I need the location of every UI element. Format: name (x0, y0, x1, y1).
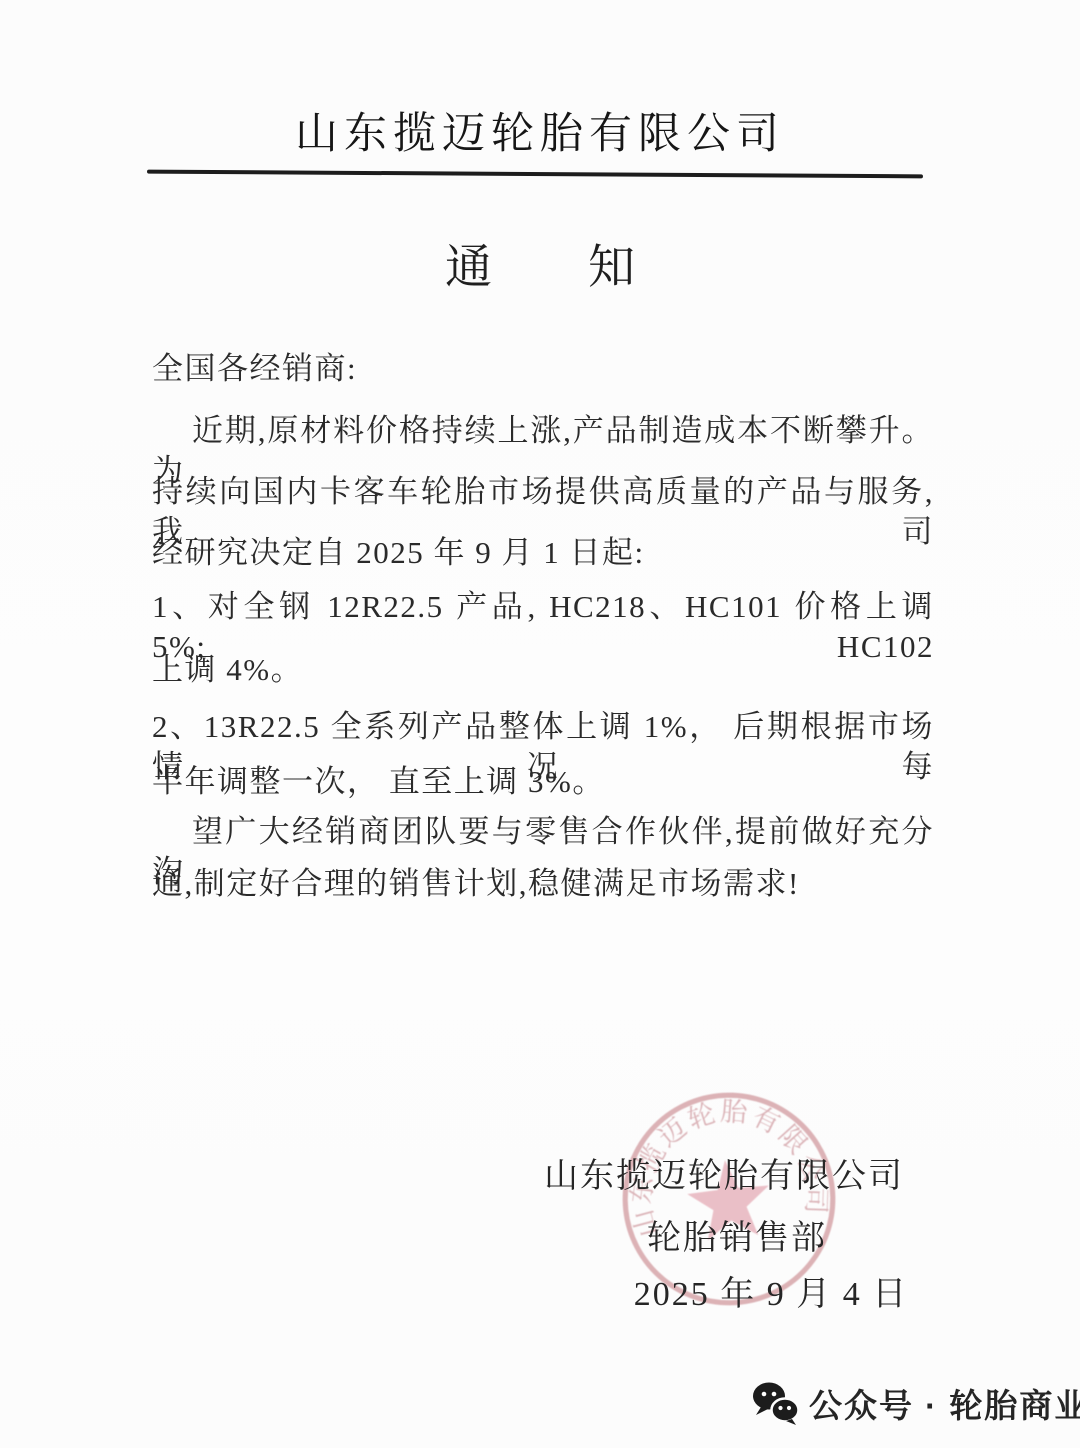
scanned-notice-page: 山东揽迈轮胎有限公司 通 知 全国各经销商: 近期,原材料价格持续上涨,产品制造… (0, 0, 1080, 1448)
signature-department: 轮胎销售部 (647, 1210, 827, 1259)
title-underline (147, 170, 923, 179)
footer-watermark: 公众号 · 轮胎商业 (752, 1380, 1080, 1427)
footer-label: 公众号 · 轮胎商业 (809, 1380, 1080, 1427)
list-item-1-line: 上调 4%。 (152, 650, 934, 690)
body-line: 经研究决定自 2025 年 9 月 1 日起: (152, 533, 934, 573)
list-item-2-line: 半年调整一次， 直至上调 3%。 (152, 762, 934, 802)
notice-heading-char: 知 (588, 230, 635, 297)
notice-heading-char: 通 (445, 230, 492, 297)
notice-heading: 通 知 (0, 230, 1080, 297)
salutation: 全国各经销商: (152, 349, 934, 389)
company-title: 山东揽迈轮胎有限公司 (0, 100, 1080, 161)
signature-date: 2025 年 9 月 4 日 (634, 1266, 909, 1315)
signature-company: 山东揽迈轮胎有限公司 (544, 1148, 904, 1197)
wechat-icon (752, 1381, 799, 1426)
closing-line: 通,制定好合理的销售计划,稳健满足市场需求! (152, 864, 934, 904)
